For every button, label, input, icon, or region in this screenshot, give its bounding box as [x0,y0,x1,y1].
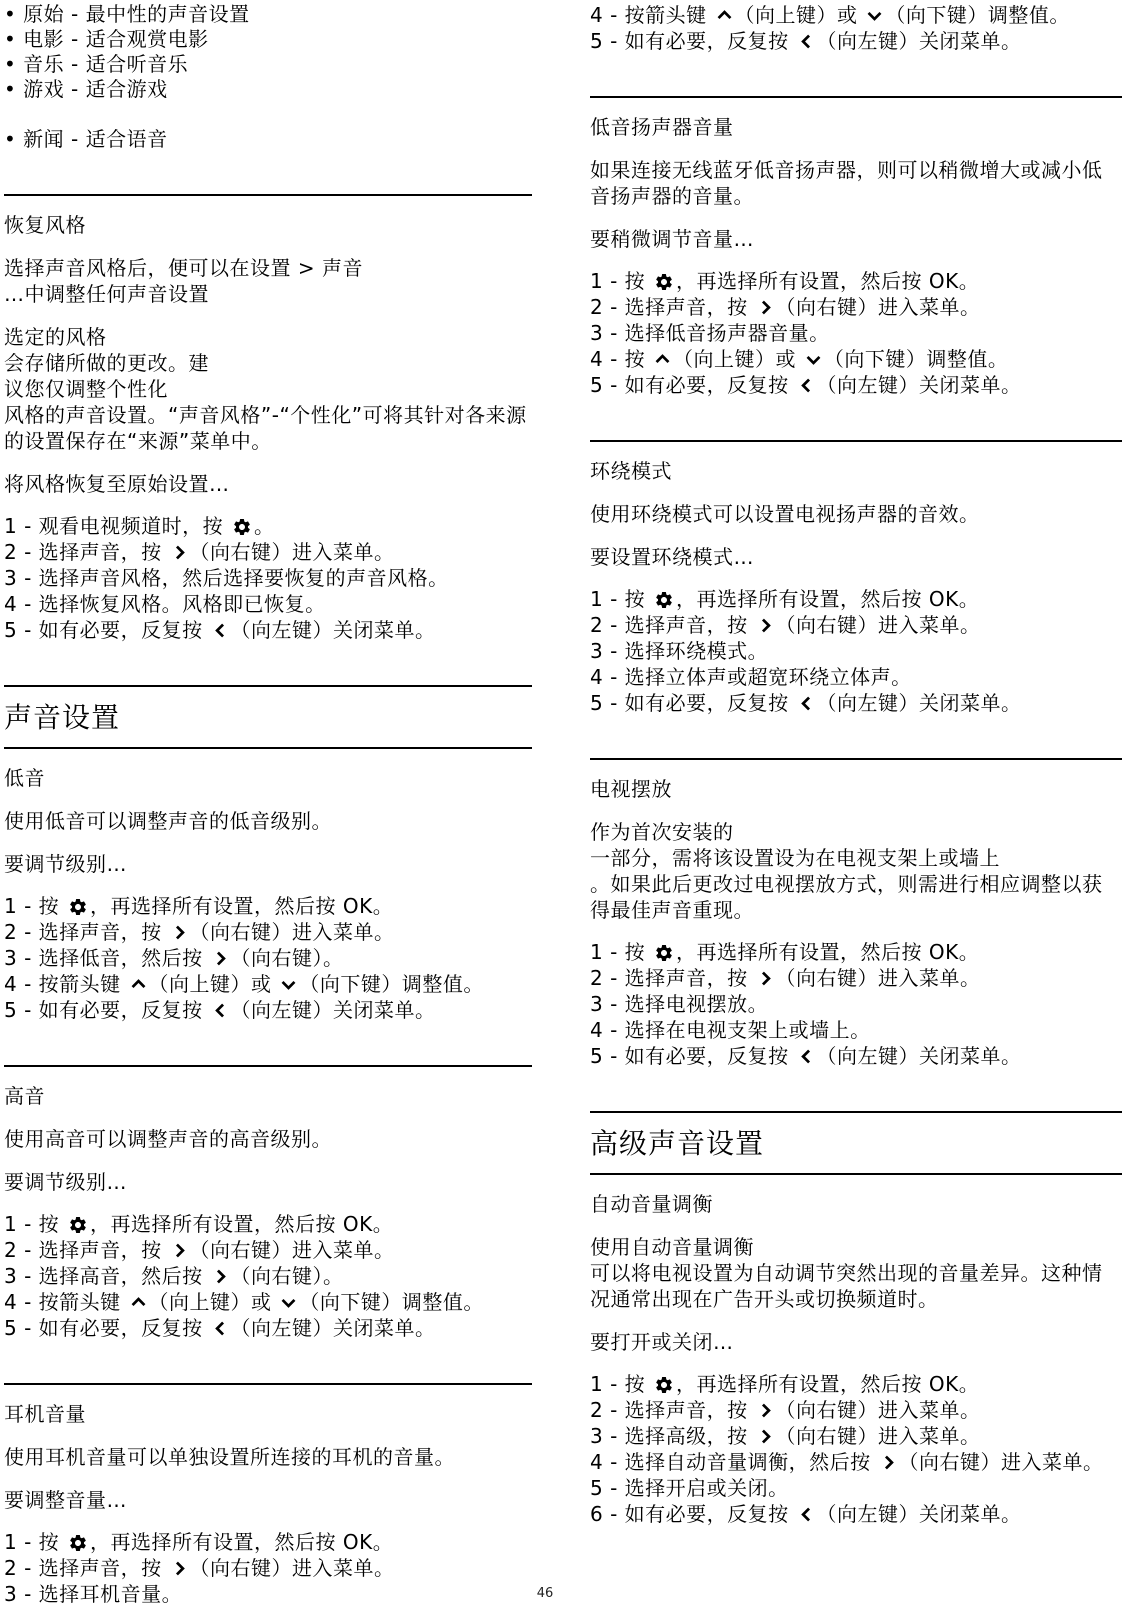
step-line: 3 - 选择低音，然后按 （向右键）。 [4,945,532,971]
text-run: 。如果此后更改过电视摆放方式，则需进行相应调整以获 [590,872,1103,896]
paragraph: 要调节级别… [4,851,532,877]
chevron-down-icon [280,971,297,997]
text-run: （向右键）。 [231,946,344,970]
subsection-heading: 低音 [4,765,532,791]
chevron-left-icon [212,617,229,643]
text-run: 4 - 按箭头键 [590,3,714,27]
text-run: 4 - 按箭头键 [4,1290,128,1314]
text-run: • 游戏 - 适合游戏 [4,77,168,101]
paragraph: 使用高音可以调整声音的高音级别。 [4,1126,532,1152]
text-run: 1 - 按 [4,1530,66,1554]
paragraph-line: 要调节级别… [4,1169,532,1195]
text-run: （向上键）或 [735,3,865,27]
text-run: 4 - 按 [590,347,652,371]
text-run: 一部分，需将该设置设为在电视支架上或墙上 [590,846,1000,870]
text-run: （向右键）进入菜单。 [776,295,981,319]
text-run: （向左键）关闭菜单。 [817,373,1022,397]
subsection-heading: 耳机音量 [4,1401,532,1427]
text-run: 要调节级别… [4,852,127,876]
text-run: 4 - 选择自动音量调衡，然后按 [590,1450,878,1474]
chevron-left-icon [798,690,815,716]
paragraph-line: 使用高音可以调整声音的高音级别。 [4,1126,532,1152]
text-run: 3 - 选择电视摆放。 [590,992,768,1016]
paragraph: 使用耳机音量可以单独设置所连接的耳机的音量。 [4,1444,532,1470]
text-run: 2 - 选择声音，按 [4,1556,169,1580]
chevron-right-icon [171,1237,188,1263]
paragraph: 选择声音风格后，便可以在设置 > 声音…中调整任何声音设置 [4,255,532,307]
step-line: 5 - 如有必要，反复按 （向左键）关闭菜单。 [4,1315,532,1341]
text-run: • 电影 - 适合观赏电影 [4,27,209,51]
step-line: 4 - 按箭头键 （向上键）或 （向下键）调整值。 [4,971,532,997]
step-line: 1 - 按 ，再选择所有设置，然后按 OK。 [4,893,532,919]
text-run: 2 - 选择声音，按 [590,966,755,990]
text-run: 5 - 如有必要，反复按 [590,29,796,53]
text-run: ，再选择所有设置，然后按 OK。 [90,1530,393,1554]
step-list: 4 - 按箭头键 （向上键）或 （向下键）调整值。5 - 如有必要，反复按 （向… [590,2,1122,54]
step-line: 5 - 如有必要，反复按 （向左键）关闭菜单。 [590,372,1122,398]
paragraph-line: 使用耳机音量可以单独设置所连接的耳机的音量。 [4,1444,532,1470]
text-run: 2 - 选择声音，按 [4,920,169,944]
section-divider [4,1065,532,1067]
chevron-left-icon [798,1501,815,1527]
paragraph: 要调整音量… [4,1487,532,1513]
text-run: （向下键）调整值。 [299,972,484,996]
step-line: 2 - 选择声音，按 （向右键）进入菜单。 [4,919,532,945]
step-list: 1 - 按 ，再选择所有设置，然后按 OK。2 - 选择声音，按 （向右键）进入… [590,268,1122,398]
paragraph-line: …中调整任何声音设置 [4,281,532,307]
gear-icon [68,1211,88,1237]
text-run: ，再选择所有设置，然后按 OK。 [676,1372,979,1396]
step-line: 5 - 如有必要，反复按 （向左键）关闭菜单。 [590,690,1122,716]
text-run: （向左键）关闭菜单。 [817,1044,1022,1068]
text-run: 音扬声器的音量。 [590,184,754,208]
text-run: 使用自动音量调衡 [590,1235,754,1259]
paragraph: 将风格恢复至原始设置… [4,471,532,497]
gear-icon [654,939,674,965]
step-line: 3 - 选择声音风格，然后选择要恢复的声音风格。 [4,565,532,591]
paragraph-line: 要设置环绕模式… [590,544,1122,570]
chevron-left-icon [798,1043,815,1069]
paragraph: 要设置环绕模式… [590,544,1122,570]
step-line: 4 - 选择恢复风格。风格即已恢复。 [4,591,532,617]
text-run: 4 - 按箭头键 [4,972,128,996]
paragraph: 使用自动音量调衡可以将电视设置为自动调节突然出现的音量差异。这种情况通常出现在广… [590,1234,1122,1312]
chevron-up-icon [716,2,733,28]
page-footer: 46 [0,1586,1090,1601]
step-line: 5 - 如有必要，反复按 （向左键）关闭菜单。 [4,997,532,1023]
bullet-item: • 原始 - 最中性的声音设置 [4,2,532,27]
text-run: 3 - 选择低音扬声器音量。 [590,321,830,345]
subsection-heading: 环绕模式 [590,458,1122,484]
text-run: 使用耳机音量可以单独设置所连接的耳机的音量。 [4,1445,455,1469]
gear-icon [68,1529,88,1555]
text-run: 2 - 选择声音，按 [4,540,169,564]
section-divider [590,758,1122,760]
subsection-heading: 高音 [4,1083,532,1109]
chevron-right-icon [757,612,774,638]
section-divider [590,1173,1122,1175]
left-column: • 原始 - 最中性的声音设置• 电影 - 适合观赏电影• 音乐 - 适合听音乐… [4,0,532,1607]
paragraph-line: 要打开或关闭… [590,1329,1122,1355]
paragraph: 要调节级别… [4,1169,532,1195]
text-run: 1 - 按 [4,894,66,918]
text-run: （向右键）进入菜单。 [190,1238,395,1262]
step-list: 1 - 按 ，再选择所有设置，然后按 OK。2 - 选择声音，按 （向右键）进入… [590,1371,1122,1527]
text-run: 可以将电视设置为自动调节突然出现的音量差异。这种情 [590,1261,1103,1285]
step-line: 5 - 如有必要，反复按 （向左键）关闭菜单。 [590,28,1122,54]
paragraph-line: 的设置保存在“来源”菜单中。 [4,428,532,454]
text-run: （向上键）或 [673,347,803,371]
text-run: 1 - 观看电视频道时，按 [4,514,230,538]
bullet-item: • 游戏 - 适合游戏 [4,77,532,102]
text-run: 要设置环绕模式… [590,545,754,569]
chevron-right-icon [757,294,774,320]
step-line: 4 - 选择立体声或超宽环绕立体声。 [590,664,1122,690]
text-run: 3 - 选择环绕模式。 [590,639,768,663]
subsection-heading: 自动音量调衡 [590,1191,1122,1217]
text-run: （向右键）进入菜单。 [190,920,395,944]
step-line: 2 - 选择声音，按 （向右键）进入菜单。 [590,294,1122,320]
text-run: ，再选择所有设置，然后按 OK。 [90,894,393,918]
text-run: 使用低音可以调整声音的低音级别。 [4,809,332,833]
paragraph-line: 音扬声器的音量。 [590,183,1122,209]
text-run: （向左键）关闭菜单。 [231,618,436,642]
text-run: 要调节级别… [4,1170,127,1194]
text-run: （向右键）进入菜单。 [899,1450,1104,1474]
chevron-right-icon [880,1449,897,1475]
step-line: 1 - 按 ，再选择所有设置，然后按 OK。 [4,1211,532,1237]
text-run: （向右键）进入菜单。 [776,966,981,990]
step-line: 2 - 选择声音，按 （向右键）进入菜单。 [4,1555,532,1581]
paragraph: 要打开或关闭… [590,1329,1122,1355]
text-run: （向左键）关闭菜单。 [817,691,1022,715]
text-run: （向右键）。 [231,1264,344,1288]
chevron-right-icon [212,1263,229,1289]
subsection-heading: 电视摆放 [590,776,1122,802]
step-line: 3 - 选择高音，然后按 （向右键）。 [4,1263,532,1289]
section-divider [4,1383,532,1385]
text-run: 5 - 选择开启或关闭。 [590,1476,789,1500]
chevron-down-icon [280,1289,297,1315]
text-run: 2 - 选择声音，按 [590,295,755,319]
paragraph-line: 使用环绕模式可以设置电视扬声器的音效。 [590,501,1122,527]
chevron-right-icon [212,945,229,971]
text-run: 5 - 如有必要，反复按 [590,691,796,715]
right-column: 4 - 按箭头键 （向上键）或 （向下键）调整值。5 - 如有必要，反复按 （向… [590,0,1122,1527]
text-run: （向上键）或 [149,972,279,996]
text-run: 3 - 选择高音，然后按 [4,1264,210,1288]
paragraph-line: 使用低音可以调整声音的低音级别。 [4,808,532,834]
bullet-list: • 原始 - 最中性的声音设置• 电影 - 适合观赏电影• 音乐 - 适合听音乐… [4,2,532,102]
step-line: 2 - 选择声音，按 （向右键）进入菜单。 [4,1237,532,1263]
page-number: 46 [537,1586,554,1601]
chevron-left-icon [212,1315,229,1341]
text-run: ，再选择所有设置，然后按 OK。 [676,269,979,293]
step-list: 1 - 按 ，再选择所有设置，然后按 OK。2 - 选择声音，按 （向右键）进入… [4,893,532,1023]
chevron-left-icon [798,28,815,54]
paragraph: 使用环绕模式可以设置电视扬声器的音效。 [590,501,1122,527]
text-run: 6 - 如有必要，反复按 [590,1502,796,1526]
text-run: 要调整音量… [4,1488,127,1512]
paragraph-line: 得最佳声音重现。 [590,897,1122,923]
step-line: 1 - 按 ，再选择所有设置，然后按 OK。 [590,1371,1122,1397]
paragraph-line: 要调节级别… [4,851,532,877]
text-run: 要稍微调节音量… [590,227,754,251]
text-run: 4 - 选择恢复风格。风格即已恢复。 [4,592,326,616]
bullet-item: • 音乐 - 适合听音乐 [4,52,532,77]
chevron-right-icon [171,539,188,565]
step-line: 5 - 选择开启或关闭。 [590,1475,1122,1501]
step-line: 3 - 选择低音扬声器音量。 [590,320,1122,346]
text-run: 4 - 选择在电视支架上或墙上。 [590,1018,871,1042]
section-divider [4,685,532,687]
text-run: （向右键）进入菜单。 [776,1398,981,1422]
chevron-right-icon [757,1423,774,1449]
text-run: （向右键）进入菜单。 [190,1556,395,1580]
paragraph-line: 选择声音风格后，便可以在设置 > 声音 [4,255,532,281]
chevron-up-icon [654,346,671,372]
step-list: 1 - 观看电视频道时，按 。2 - 选择声音，按 （向右键）进入菜单。3 - … [4,513,532,643]
text-run: 将风格恢复至原始设置… [4,472,230,496]
paragraph: 作为首次安装的一部分，需将该设置设为在电视支架上或墙上。如果此后更改过电视摆放方… [590,819,1122,923]
text-run: 3 - 选择低音，然后按 [4,946,210,970]
text-run: 5 - 如有必要，反复按 [590,1044,796,1068]
text-run: 作为首次安装的 [590,820,734,844]
text-run: 议您仅调整个性化 [4,377,168,401]
step-list: 1 - 按 ，再选择所有设置，然后按 OK。2 - 选择声音，按 （向右键）进入… [590,586,1122,716]
text-run: 2 - 选择声音，按 [590,613,755,637]
text-run: 如果连接无线蓝牙低音扬声器，则可以稍微增大或减小低 [590,158,1103,182]
text-run: （向左键）关闭菜单。 [231,1316,436,1340]
step-line: 2 - 选择声音，按 （向右键）进入菜单。 [590,612,1122,638]
step-line: 2 - 选择声音，按 （向右键）进入菜单。 [590,965,1122,991]
text-run: 2 - 选择声音，按 [4,1238,169,1262]
gear-icon [68,893,88,919]
bullet-list: • 新闻 - 适合语音 [4,127,532,152]
step-line: 5 - 如有必要，反复按 （向左键）关闭菜单。 [4,617,532,643]
paragraph-line: 如果连接无线蓝牙低音扬声器，则可以稍微增大或减小低 [590,157,1122,183]
text-run: （向右键）进入菜单。 [190,540,395,564]
paragraph-line: 。如果此后更改过电视摆放方式，则需进行相应调整以获 [590,871,1122,897]
subsection-heading: 恢复风格 [4,212,532,238]
step-line: 6 - 如有必要，反复按 （向左键）关闭菜单。 [590,1501,1122,1527]
paragraph-line: 风格的声音设置。“声音风格”-“个性化”可将其针对各来源 [4,402,532,428]
text-run: 5 - 如有必要，反复按 [590,373,796,397]
step-line: 4 - 选择自动音量调衡，然后按 （向右键）进入菜单。 [590,1449,1122,1475]
bullet-item: • 电影 - 适合观赏电影 [4,27,532,52]
step-line: 4 - 按 （向上键）或 （向下键）调整值。 [590,346,1122,372]
chevron-left-icon [212,997,229,1023]
step-line: 3 - 选择电视摆放。 [590,991,1122,1017]
text-run: 3 - 选择高级，按 [590,1424,755,1448]
text-run: （向下键）调整值。 [299,1290,484,1314]
paragraph-line: 会存储所做的更改。建 [4,350,532,376]
text-run: …中调整任何声音设置 [4,282,209,306]
text-run: • 音乐 - 适合听音乐 [4,52,188,76]
chevron-up-icon [130,971,147,997]
text-run: 1 - 按 [4,1212,66,1236]
paragraph-line: 要稍微调节音量… [590,226,1122,252]
step-line: 2 - 选择声音，按 （向右键）进入菜单。 [4,539,532,565]
section-heading: 声音设置 [4,696,532,740]
text-run: • 原始 - 最中性的声音设置 [4,2,250,26]
text-run: 风格的声音设置。“声音风格”-“个性化”可将其针对各来源 [4,403,527,427]
paragraph-line: 可以将电视设置为自动调节突然出现的音量差异。这种情 [590,1260,1122,1286]
text-run: （向上键）或 [149,1290,279,1314]
text-run: 的设置保存在“来源”菜单中。 [4,429,272,453]
text-run: 得最佳声音重现。 [590,898,754,922]
step-line: 3 - 选择环绕模式。 [590,638,1122,664]
step-line: 1 - 按 ，再选择所有设置，然后按 OK。 [4,1529,532,1555]
paragraph-line: 一部分，需将该设置设为在电视支架上或墙上 [590,845,1122,871]
text-run: （向右键）进入菜单。 [776,613,981,637]
paragraph-line: 要调整音量… [4,1487,532,1513]
gear-icon [654,586,674,612]
text-run: 2 - 选择声音，按 [590,1398,755,1422]
text-run: 要打开或关闭… [590,1330,734,1354]
gear-icon [654,268,674,294]
text-run: 使用高音可以调整声音的高音级别。 [4,1127,332,1151]
text-run: 1 - 按 [590,269,652,293]
subsection-heading: 低音扬声器音量 [590,114,1122,140]
text-run: 选择声音风格后，便可以在设置 > 声音 [4,256,363,280]
chevron-down-icon [805,346,822,372]
text-run: （向左键）关闭菜单。 [817,29,1022,53]
section-divider [4,194,532,196]
step-list: 1 - 按 ，再选择所有设置，然后按 OK。2 - 选择声音，按 （向右键）进入… [4,1211,532,1341]
paragraph: 使用低音可以调整声音的低音级别。 [4,808,532,834]
text-run: 4 - 选择立体声或超宽环绕立体声。 [590,665,912,689]
chevron-right-icon [171,919,188,945]
step-line: 1 - 观看电视频道时，按 。 [4,513,532,539]
text-run: （向右键）进入菜单。 [776,1424,981,1448]
text-run: 选定的风格 [4,325,107,349]
step-line: 5 - 如有必要，反复按 （向左键）关闭菜单。 [590,1043,1122,1069]
text-run: 1 - 按 [590,940,652,964]
chevron-up-icon [130,1289,147,1315]
step-line: 4 - 按箭头键 （向上键）或 （向下键）调整值。 [4,1289,532,1315]
text-run: ，再选择所有设置，然后按 OK。 [676,940,979,964]
paragraph-line: 使用自动音量调衡 [590,1234,1122,1260]
section-divider [590,96,1122,98]
chevron-left-icon [798,372,815,398]
step-line: 4 - 按箭头键 （向上键）或 （向下键）调整值。 [590,2,1122,28]
text-run: 会存储所做的更改。建 [4,351,209,375]
paragraph: 选定的风格会存储所做的更改。建议您仅调整个性化风格的声音设置。“声音风格”-“个… [4,324,532,454]
step-list: 1 - 按 ，再选择所有设置，然后按 OK。2 - 选择声音，按 （向右键）进入… [590,939,1122,1069]
paragraph-line: 议您仅调整个性化 [4,376,532,402]
paragraph-line: 况通常出现在广告开头或切换频道时。 [590,1286,1122,1312]
step-line: 2 - 选择声音，按 （向右键）进入菜单。 [590,1397,1122,1423]
step-line: 3 - 选择高级，按 （向右键）进入菜单。 [590,1423,1122,1449]
text-run: 5 - 如有必要，反复按 [4,618,210,642]
step-line: 1 - 按 ，再选择所有设置，然后按 OK。 [590,586,1122,612]
text-run: （向左键）关闭菜单。 [817,1502,1022,1526]
paragraph-line: 选定的风格 [4,324,532,350]
text-run: • 新闻 - 适合语音 [4,127,168,151]
chevron-right-icon [757,965,774,991]
chevron-right-icon [757,1397,774,1423]
paragraph: 要稍微调节音量… [590,226,1122,252]
section-divider [590,440,1122,442]
text-run: 。 [254,514,275,538]
section-divider [590,1111,1122,1113]
text-run: ，再选择所有设置，然后按 OK。 [676,587,979,611]
paragraph: 如果连接无线蓝牙低音扬声器，则可以稍微增大或减小低音扬声器的音量。 [590,157,1122,209]
gear-icon [654,1371,674,1397]
chevron-down-icon [866,2,883,28]
step-line: 1 - 按 ，再选择所有设置，然后按 OK。 [590,268,1122,294]
chevron-right-icon [171,1555,188,1581]
text-run: 1 - 按 [590,1372,652,1396]
text-run: 况通常出现在广告开头或切换频道时。 [590,1287,939,1311]
step-line: 4 - 选择在电视支架上或墙上。 [590,1017,1122,1043]
text-run: （向下键）调整值。 [885,3,1070,27]
text-run: 5 - 如有必要，反复按 [4,1316,210,1340]
text-run: 1 - 按 [590,587,652,611]
section-heading: 高级声音设置 [590,1122,1122,1166]
text-run: （向下键）调整值。 [824,347,1009,371]
section-divider [4,747,532,749]
step-line: 1 - 按 ，再选择所有设置，然后按 OK。 [590,939,1122,965]
text-run: （向左键）关闭菜单。 [231,998,436,1022]
text-run: 5 - 如有必要，反复按 [4,998,210,1022]
paragraph-line: 将风格恢复至原始设置… [4,471,532,497]
gear-icon [232,513,252,539]
bullet-item: • 新闻 - 适合语音 [4,127,532,152]
text-run: 使用环绕模式可以设置电视扬声器的音效。 [590,502,980,526]
text-run: 3 - 选择声音风格，然后选择要恢复的声音风格。 [4,566,449,590]
text-run: ，再选择所有设置，然后按 OK。 [90,1212,393,1236]
paragraph-line: 作为首次安装的 [590,819,1122,845]
